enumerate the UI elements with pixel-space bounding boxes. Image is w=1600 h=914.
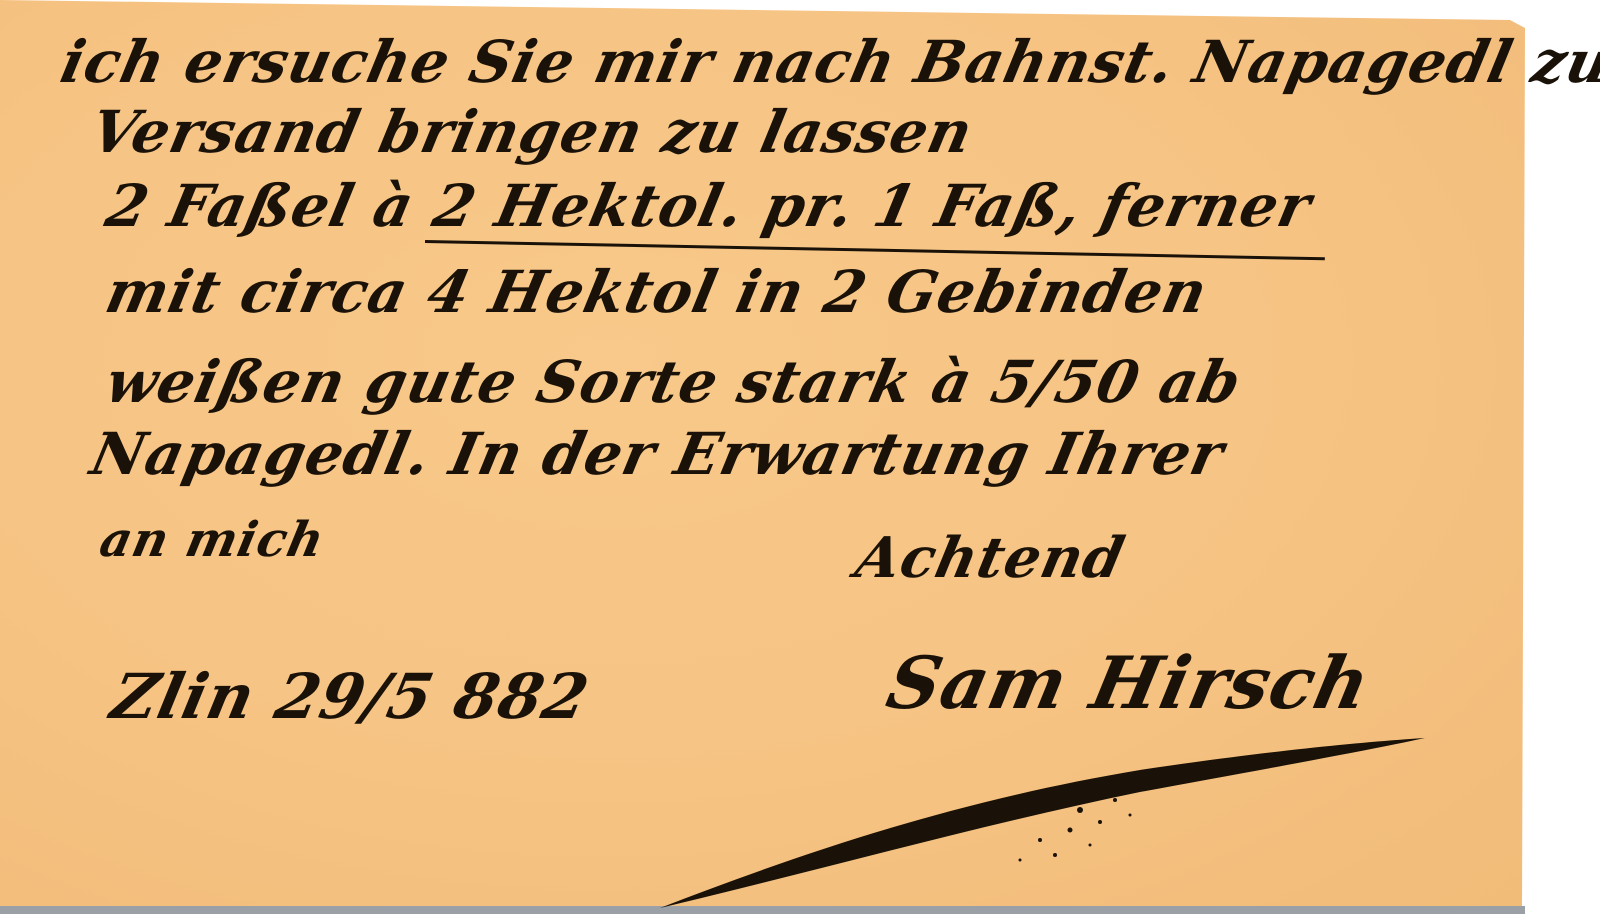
signature: Sam Hirsch (880, 640, 1378, 725)
body-line-2: Versand bringen zu lassen (85, 98, 979, 166)
signature-flourish-icon (660, 730, 1460, 910)
body-line-5: weißen gute Sorte stark à 5/50 ab (100, 348, 1248, 416)
body-line-4: mit circa 4 Hektol in 2 Gebinden (100, 258, 1214, 326)
body-line-7: an mich (95, 512, 330, 568)
body-line-1: ich ersuche Sie mir nach Bahnst. Napaged… (55, 28, 1600, 96)
body-line-6: Napagedl. In der Erwartung Ihrer (85, 420, 1230, 488)
closing: Achtend (850, 525, 1131, 591)
place-date: Zlin 29/5 882 (105, 660, 596, 733)
body-line-3: 2 Faßel à 2 Hektol. pr. 1 Faß, ferner (100, 172, 1318, 240)
